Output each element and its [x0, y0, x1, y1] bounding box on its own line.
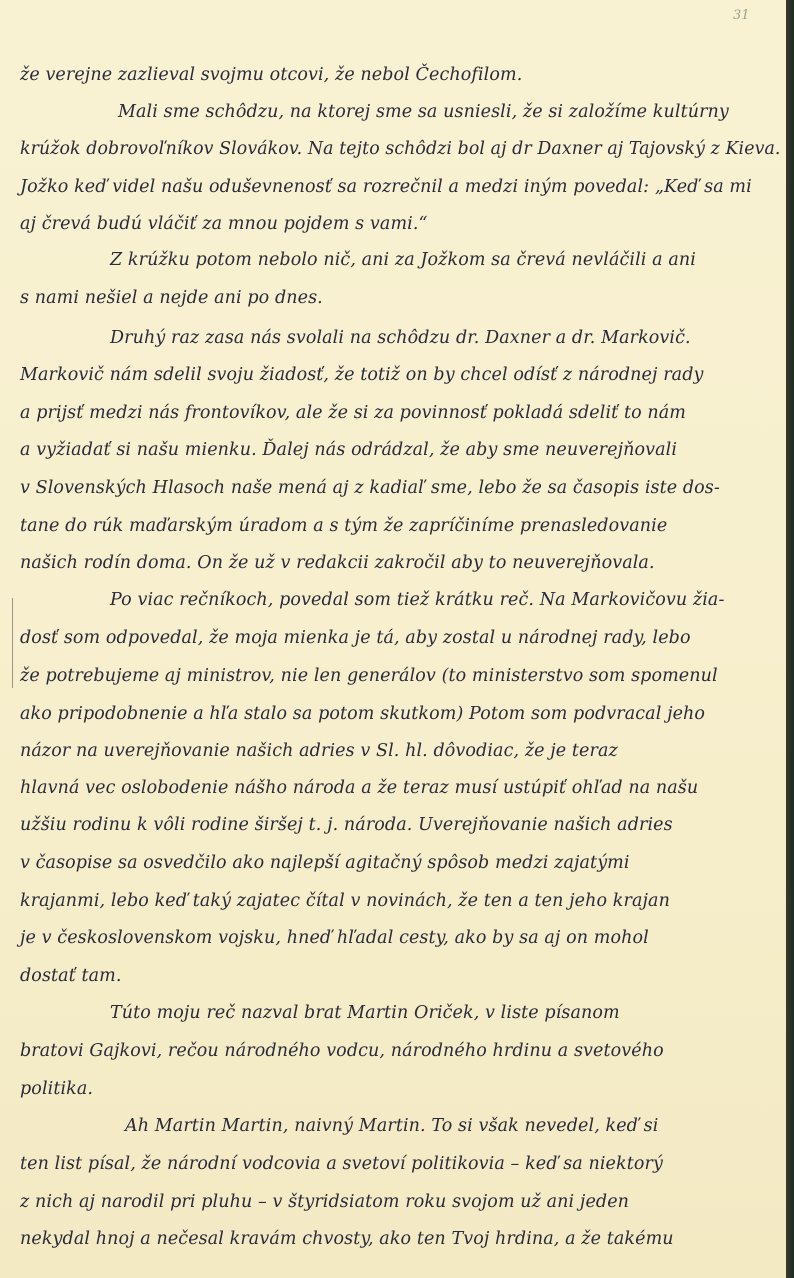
manuscript-line: Markovič nám sdelil svoju žiadosť, že to… [20, 364, 780, 386]
manuscript-line: nekydal hnoj a nečesal kravám chvosty, a… [20, 1228, 780, 1250]
manuscript-line: tane do rúk maďarským úradom a s tým že … [20, 515, 780, 537]
manuscript-line: Jožko keď videl našu oduševnenosť sa roz… [20, 176, 780, 198]
manuscript-line: a vyžiadať si našu mienku. Ďalej nás odr… [20, 439, 780, 461]
page-number: 31 [733, 8, 750, 23]
manuscript-line: s nami nešiel a nejde ani po dnes. [20, 287, 780, 309]
margin-pencil-mark [12, 598, 13, 688]
manuscript-line: bratovi Gajkovi, rečou národného vodcu, … [20, 1040, 780, 1062]
manuscript-line: krúžok dobrovoľníkov Slovákov. Na tejto … [20, 138, 773, 160]
manuscript-line: ten list písal, že národní vodcovia a sv… [20, 1153, 780, 1175]
manuscript-line: z nich aj narodil pri pluhu – v štyridsi… [20, 1191, 780, 1213]
manuscript-line: v Slovenských Hlasoch naše mená aj z kad… [20, 477, 780, 499]
manuscript-line: že verejne zazlieval svojmu otcovi, že n… [20, 64, 780, 86]
manuscript-line: dostať tam. [20, 965, 780, 987]
manuscript-line: dosť som odpovedal, že moja mienka je tá… [20, 627, 780, 649]
manuscript-line: hlavná vec oslobodenie nášho národa a že… [20, 777, 780, 799]
manuscript-line: krajanmi, lebo keď taký zajatec čítal v … [20, 890, 780, 912]
manuscript-line: aj črevá budú vláčiť za mnou pojdem s va… [20, 213, 780, 235]
manuscript-line: je v československom vojsku, hneď hľadal… [20, 927, 780, 949]
manuscript-line: užšiu rodinu k vôli rodine širšej t. j. … [20, 814, 780, 836]
manuscript-line: Túto moju reč nazval brat Martin Oriček,… [110, 1002, 780, 1024]
manuscript-line: Mali sme schôdzu, na ktorej sme sa usnie… [118, 101, 780, 123]
manuscript-line: Po viac rečníkoch, povedal som tiež krát… [110, 589, 780, 611]
manuscript-line: názor na uverejňovanie našich adries v S… [20, 740, 780, 762]
manuscript-line: našich rodín doma. On že už v redakcii z… [20, 552, 780, 574]
manuscript-page: 31 že verejne zazlieval svojmu otcovi, ž… [0, 0, 786, 1278]
manuscript-line: Ah Martin Martin, naivný Martin. To si v… [125, 1115, 780, 1137]
manuscript-line: že potrebujeme aj ministrov, nie len gen… [20, 665, 780, 687]
manuscript-line: ako pripodobnenie a hľa stalo sa potom s… [20, 703, 780, 725]
manuscript-line: Druhý raz zasa nás svolali na schôdzu dr… [110, 327, 780, 349]
manuscript-line: a prijsť medzi nás frontovíkov, ale že s… [20, 402, 780, 424]
manuscript-line: politika. [20, 1078, 780, 1100]
scan-edge-border [786, 0, 794, 1278]
manuscript-line: v časopise sa osvedčilo ako najlepší agi… [20, 852, 780, 874]
manuscript-line: Z krúžku potom nebolo nič, ani za Jožkom… [110, 249, 780, 271]
